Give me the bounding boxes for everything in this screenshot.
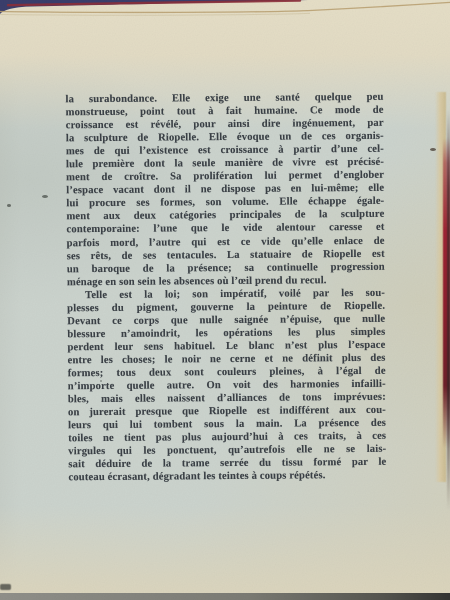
paper-speck bbox=[42, 195, 48, 198]
paper-speck bbox=[7, 204, 11, 207]
bottom-left-shadow-notch bbox=[0, 584, 11, 590]
page-text: la surabondance. Elle exige une santé qu… bbox=[65, 91, 386, 485]
text-line: un baroque de la présence; sa continuell… bbox=[67, 260, 385, 276]
paper-speck bbox=[430, 148, 436, 151]
book-cover-top-edge bbox=[0, 0, 450, 26]
text-line: couteau écrasant, dégradant les teintes … bbox=[68, 469, 386, 485]
book-page-photo: la surabondance. Elle exige une santé qu… bbox=[0, 0, 450, 600]
bottom-shadow bbox=[0, 593, 450, 600]
